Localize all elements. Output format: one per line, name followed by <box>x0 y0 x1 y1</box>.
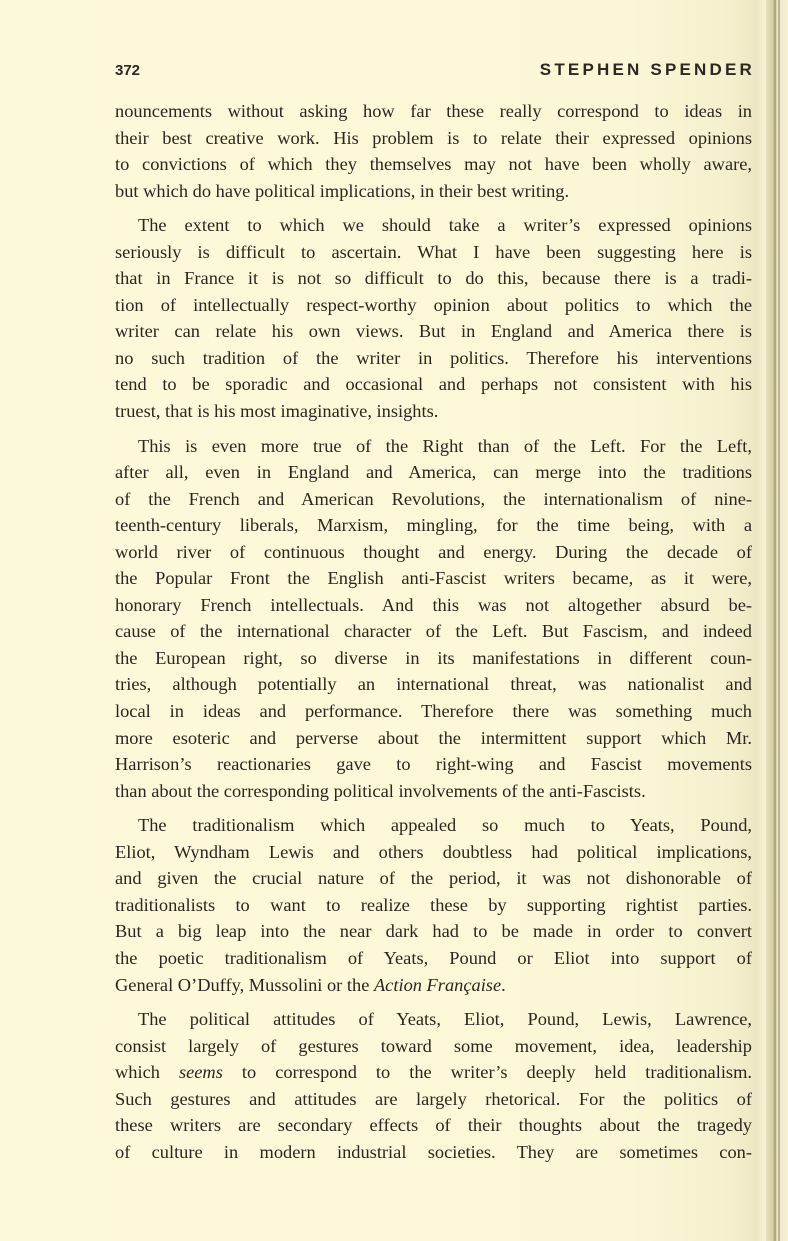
text-line: cause of the international character of … <box>115 618 752 645</box>
text-line: no such tradition of the writer in polit… <box>115 345 752 372</box>
text-line: after all, even in England and America, … <box>115 459 752 486</box>
italic-emphasis: seems <box>179 1062 223 1082</box>
text-line: writer can relate his own views. But in … <box>115 318 752 345</box>
text-line: teenth-century liberals, Marxism, mingli… <box>115 512 752 539</box>
page-number: 372 <box>115 62 140 79</box>
text-line: tend to be sporadic and occasional and p… <box>115 371 752 398</box>
text-line: General O’Duffy, Mussolini or the Action… <box>115 972 752 999</box>
paragraph-5: The political attitudes of Yeats, Eliot,… <box>115 1006 752 1165</box>
text-line: local in ideas and performance. Therefor… <box>115 698 752 725</box>
body-text: nouncements without asking how far these… <box>115 98 752 1165</box>
text-line: their best creative work. His problem is… <box>115 125 752 152</box>
text-line: tries, although potentially an internati… <box>115 671 752 698</box>
text-line: Eliot, Wyndham Lewis and others doubtles… <box>115 839 752 866</box>
italic-title: Action Française <box>374 975 501 995</box>
text-line: world river of continuous thought and en… <box>115 539 752 566</box>
running-head: 372 STEPHEN SPENDER <box>115 58 752 84</box>
book-binding-edge <box>766 0 788 1241</box>
text-line: traditionalists to want to realize these… <box>115 892 752 919</box>
text-line: these writers are secondary effects of t… <box>115 1112 752 1139</box>
running-head-author: STEPHEN SPENDER <box>540 60 755 80</box>
paragraph-1: nouncements without asking how far these… <box>115 98 752 204</box>
text-line: which seems to correspond to the writer’… <box>115 1059 752 1086</box>
text-line: truest, that is his most imaginative, in… <box>115 398 752 425</box>
text-line: that in France it is not so difficult to… <box>115 265 752 292</box>
text-line: and given the crucial nature of the peri… <box>115 865 752 892</box>
text-line: of the French and American Revolutions, … <box>115 486 752 513</box>
text-fragment: to correspond to the writer’s deeply hel… <box>223 1062 752 1082</box>
text-fragment: which <box>115 1062 179 1082</box>
text-line: more esoteric and perverse about the int… <box>115 725 752 752</box>
text-line: the Popular Front the English anti-Fasci… <box>115 565 752 592</box>
text-fragment: . <box>501 975 506 995</box>
text-line: tion of intellectually respect-worthy op… <box>115 292 752 319</box>
text-line: Such gestures and attitudes are largely … <box>115 1086 752 1113</box>
text-line: The traditionalism which appealed so muc… <box>115 812 752 839</box>
paragraph-2: The extent to which we should take a wri… <box>115 212 752 424</box>
binding-shadow-line <box>778 0 780 1241</box>
text-line: The political attitudes of Yeats, Eliot,… <box>115 1006 752 1033</box>
paragraph-3: This is even more true of the Right than… <box>115 433 752 805</box>
text-fragment: General O’Duffy, Mussolini or the <box>115 975 374 995</box>
text-line: seriously is difficult to ascertain. Wha… <box>115 239 752 266</box>
text-line: than about the corresponding political i… <box>115 778 752 805</box>
paragraph-4: The traditionalism which appealed so muc… <box>115 812 752 998</box>
text-line: of culture in modern industrial societie… <box>115 1139 752 1166</box>
text-line: the European right, so diverse in its ma… <box>115 645 752 672</box>
text-line: to convictions of which they themselves … <box>115 151 752 178</box>
text-line: consist largely of gestures toward some … <box>115 1033 752 1060</box>
text-line: Harrison’s reactionaries gave to right-w… <box>115 751 752 778</box>
text-line: This is even more true of the Right than… <box>115 433 752 460</box>
text-line: But a big leap into the near dark had to… <box>115 918 752 945</box>
text-line: The extent to which we should take a wri… <box>115 212 752 239</box>
book-page: 372 STEPHEN SPENDER nouncements without … <box>0 0 788 1241</box>
text-line: honorary French intellectuals. And this … <box>115 592 752 619</box>
text-line: but which do have political implications… <box>115 178 752 205</box>
text-line: the poetic traditionalism of Yeats, Poun… <box>115 945 752 972</box>
text-line: nouncements without asking how far these… <box>115 98 752 125</box>
